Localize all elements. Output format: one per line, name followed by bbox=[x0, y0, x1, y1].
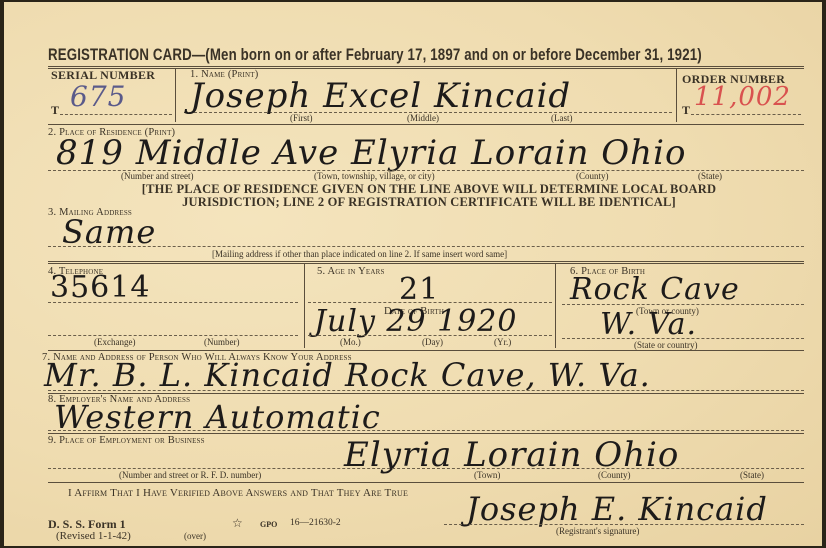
state-label: (State) bbox=[698, 171, 722, 181]
dob-value: July 29 1920 bbox=[314, 304, 517, 339]
birth-state-label: (State or country) bbox=[634, 340, 697, 350]
row-rule bbox=[48, 261, 804, 264]
birth-town-value: Rock Cave bbox=[570, 272, 740, 307]
affirmation-text: I Affirm That I Have Verified Above Answ… bbox=[68, 487, 408, 499]
gpo-mark: GPO bbox=[260, 520, 277, 529]
divider bbox=[555, 264, 556, 348]
employment-place-label: 9. Place of Employment or Business bbox=[48, 435, 205, 446]
street-label: (Number and street) bbox=[121, 171, 193, 181]
divider bbox=[676, 68, 677, 122]
last-label: (Last) bbox=[551, 113, 573, 123]
card-title: REGISTRATION CARD—(Men born on or after … bbox=[48, 45, 702, 65]
employer-line bbox=[48, 430, 804, 431]
divider bbox=[175, 68, 176, 122]
over-note: (over) bbox=[184, 531, 206, 541]
employment-town-label: (Town) bbox=[474, 470, 500, 480]
serial-number-value: 675 bbox=[70, 80, 126, 113]
row-rule bbox=[48, 124, 804, 125]
signature-line bbox=[444, 524, 804, 525]
day-label: (Day) bbox=[422, 337, 443, 347]
birth-town-line bbox=[562, 304, 804, 305]
telephone-line bbox=[48, 302, 298, 303]
dob-line bbox=[308, 335, 552, 336]
registration-card: REGISTRATION CARD—(Men born on or after … bbox=[4, 2, 822, 546]
serial-line bbox=[60, 114, 172, 115]
birth-state-value: W. Va. bbox=[600, 307, 697, 342]
employment-street-label: (Number and street or R. F. D. number) bbox=[119, 470, 261, 480]
row-rule bbox=[48, 350, 804, 351]
title-rule bbox=[48, 66, 804, 69]
order-number-value: 11,002 bbox=[694, 82, 791, 112]
row-rule bbox=[48, 433, 804, 434]
divider bbox=[304, 264, 305, 348]
mailing-note: [Mailing address if other than place ind… bbox=[212, 249, 507, 259]
residence-value: 819 Middle Ave Elyria Lorain Ohio bbox=[56, 133, 686, 173]
contact-line bbox=[48, 390, 804, 391]
form-revised: (Revised 1-1-42) bbox=[56, 530, 131, 542]
mailing-line bbox=[48, 246, 804, 247]
employment-county-label: (County) bbox=[598, 470, 631, 480]
serial-prefix: T bbox=[51, 103, 59, 118]
age-line bbox=[308, 302, 552, 303]
residence-notice-line2: JURISDICTION; LINE 2 OF REGISTRATION CER… bbox=[94, 195, 764, 210]
county-label: (County) bbox=[576, 171, 609, 181]
signature-value: Joseph E. Kincaid bbox=[466, 490, 768, 528]
telephone-line bbox=[48, 335, 298, 336]
row-rule bbox=[48, 482, 804, 483]
contact-value: Mr. B. L. Kincaid Rock Cave, W. Va. bbox=[44, 356, 651, 394]
exchange-label: (Exchange) bbox=[94, 337, 135, 347]
order-prefix: T bbox=[682, 103, 690, 118]
star-icon: ☆ bbox=[232, 516, 243, 531]
print-code: 16—21630-2 bbox=[290, 518, 341, 528]
birth-state-line bbox=[562, 338, 804, 339]
year-label: (Yr.) bbox=[494, 337, 511, 347]
signature-label: (Registrant's signature) bbox=[556, 526, 639, 536]
number-label: (Number) bbox=[204, 337, 240, 347]
employment-place-value: Elyria Lorain Ohio bbox=[344, 435, 679, 475]
middle-label: (Middle) bbox=[407, 113, 439, 123]
employment-place-line bbox=[48, 468, 804, 469]
employment-state-label: (State) bbox=[740, 470, 764, 480]
age-label: 5. Age in Years bbox=[317, 266, 385, 277]
order-line bbox=[691, 114, 801, 115]
month-label: (Mo.) bbox=[340, 337, 361, 347]
name-value: Joseph Excel Kincaid bbox=[190, 76, 571, 116]
town-label: (Town, township, village, or city) bbox=[314, 171, 435, 181]
telephone-value: 35614 bbox=[50, 270, 150, 305]
first-label: (First) bbox=[290, 113, 313, 123]
